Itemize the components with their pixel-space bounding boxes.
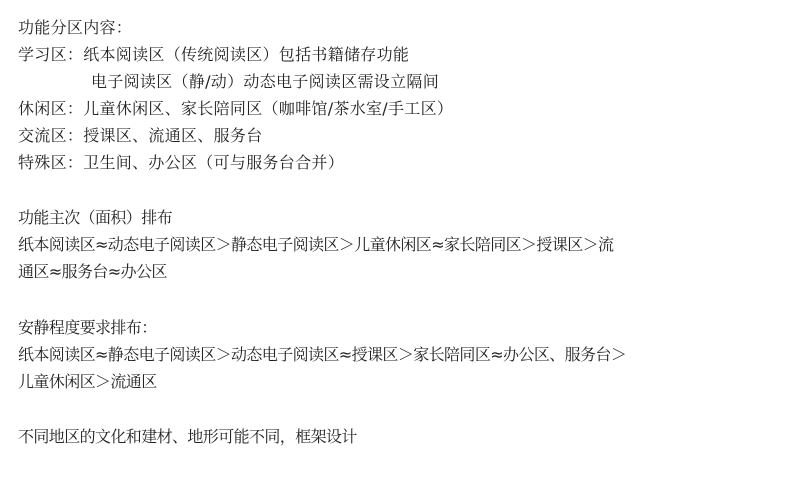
section-heading-area-priority: 功能主次（面积）排布: [18, 208, 172, 228]
exchange-zone-row: 交流区：授课区、流通区、服务台: [18, 126, 263, 146]
zone-label: 特殊区：: [18, 153, 83, 172]
zone-label: 休闲区：: [18, 99, 83, 118]
special-zone-row: 特殊区：卫生间、办公区（可与服务台合并）: [18, 153, 344, 173]
regional-note: 不同地区的文化和建材、地形可能不同，框架设计: [18, 427, 357, 447]
area-priority-line-2: 通区≈服务台≈办公区: [18, 262, 167, 282]
section-heading-quietness: 安静程度要求排布：: [18, 318, 157, 338]
zone-text: 纸本阅读区（传统阅读区）包括书籍储存功能: [83, 45, 409, 64]
leisure-zone-row: 休闲区：儿童休闲区、家长陪同区（咖啡馆/茶水室/手工区）: [18, 99, 453, 119]
area-priority-line-1: 纸本阅读区≈动态电子阅读区＞静态电子阅读区＞儿童休闲区≈家长陪同区＞授课区＞流: [18, 235, 613, 255]
quietness-line-2: 儿童休闲区＞流通区: [18, 372, 157, 392]
zone-label: 交流区：: [18, 126, 83, 145]
zone-text: 儿童休闲区、家长陪同区（咖啡馆/茶水室/手工区）: [83, 99, 453, 118]
zone-label: 学习区：: [18, 45, 83, 64]
zone-text: 授课区、流通区、服务台: [83, 126, 262, 145]
zone-text: 卫生间、办公区（可与服务台合并）: [83, 153, 344, 172]
study-zone-row-2: 电子阅读区（静/动）动态电子阅读区需设立隔间: [91, 72, 439, 92]
section-heading-functional-zones: 功能分区内容：: [18, 18, 132, 38]
study-zone-row: 学习区：纸本阅读区（传统阅读区）包括书籍储存功能: [18, 45, 409, 65]
quietness-line-1: 纸本阅读区≈静态电子阅读区＞动态电子阅读区≈授课区＞家长陪同区≈办公区、服务台＞: [18, 345, 626, 365]
